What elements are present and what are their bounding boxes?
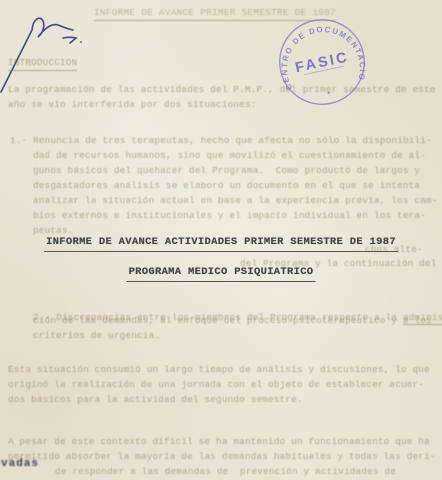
typewritten-line: criterios de urgencia.	[33, 330, 160, 342]
typewritten-line: dad de recursos humanos, sino que movili…	[33, 150, 426, 162]
main-title-line2: PROGRAMA MEDICO PSIQUIATRICO	[127, 266, 316, 282]
typewritten-line: A pesar de este contexto difícil se ha m…	[8, 436, 430, 448]
dark-smudged-word: vadas	[1, 458, 39, 470]
typewritten-line: permitido absorber la mayoría de las dem…	[8, 451, 436, 463]
stamp-center-text: FASIC	[294, 49, 351, 76]
fasic-archive-stamp: CENTRO DE DOCUMENTACION FASIC ✦	[265, 5, 379, 119]
typewritten-line: originó la realización de una jornada co…	[8, 379, 424, 391]
typewritten-line: gunos básicos del quehacer del Programa.…	[33, 165, 420, 177]
typewritten-line: dos básicos para la actividad del segund…	[8, 394, 303, 406]
typewritten-line: año se vio interferida por dos situacion…	[8, 99, 257, 111]
typewritten-line: analizar la situación actual en base a l…	[33, 195, 438, 207]
typewritten-line: La programación de las actividades del P…	[8, 84, 436, 96]
typewritten-line: bios externos e institucionales y el imp…	[33, 210, 426, 222]
typewritten-line: desgastadores análisis se elaboró un doc…	[33, 180, 420, 192]
section-heading-introduccion: INTRODUCCION	[8, 57, 77, 71]
typewritten-line: de responder a las demandas de prevenció…	[55, 466, 396, 478]
typewritten-line: 1.- Renuncia de tres terapeutas, hecho q…	[10, 135, 432, 147]
typewritten-line: Esta situación consumió un largo tiempo …	[8, 364, 430, 376]
main-title-line1: INFORME DE AVANCE ACTIVIDADES PRIMER SEM…	[44, 236, 398, 252]
scanned-document-page: INFORME DE AVANCE PRIMER SEMESTRE DE 198…	[0, 0, 442, 480]
typewritten-line: ción de las demandas, al enfoque del pro…	[33, 315, 432, 327]
